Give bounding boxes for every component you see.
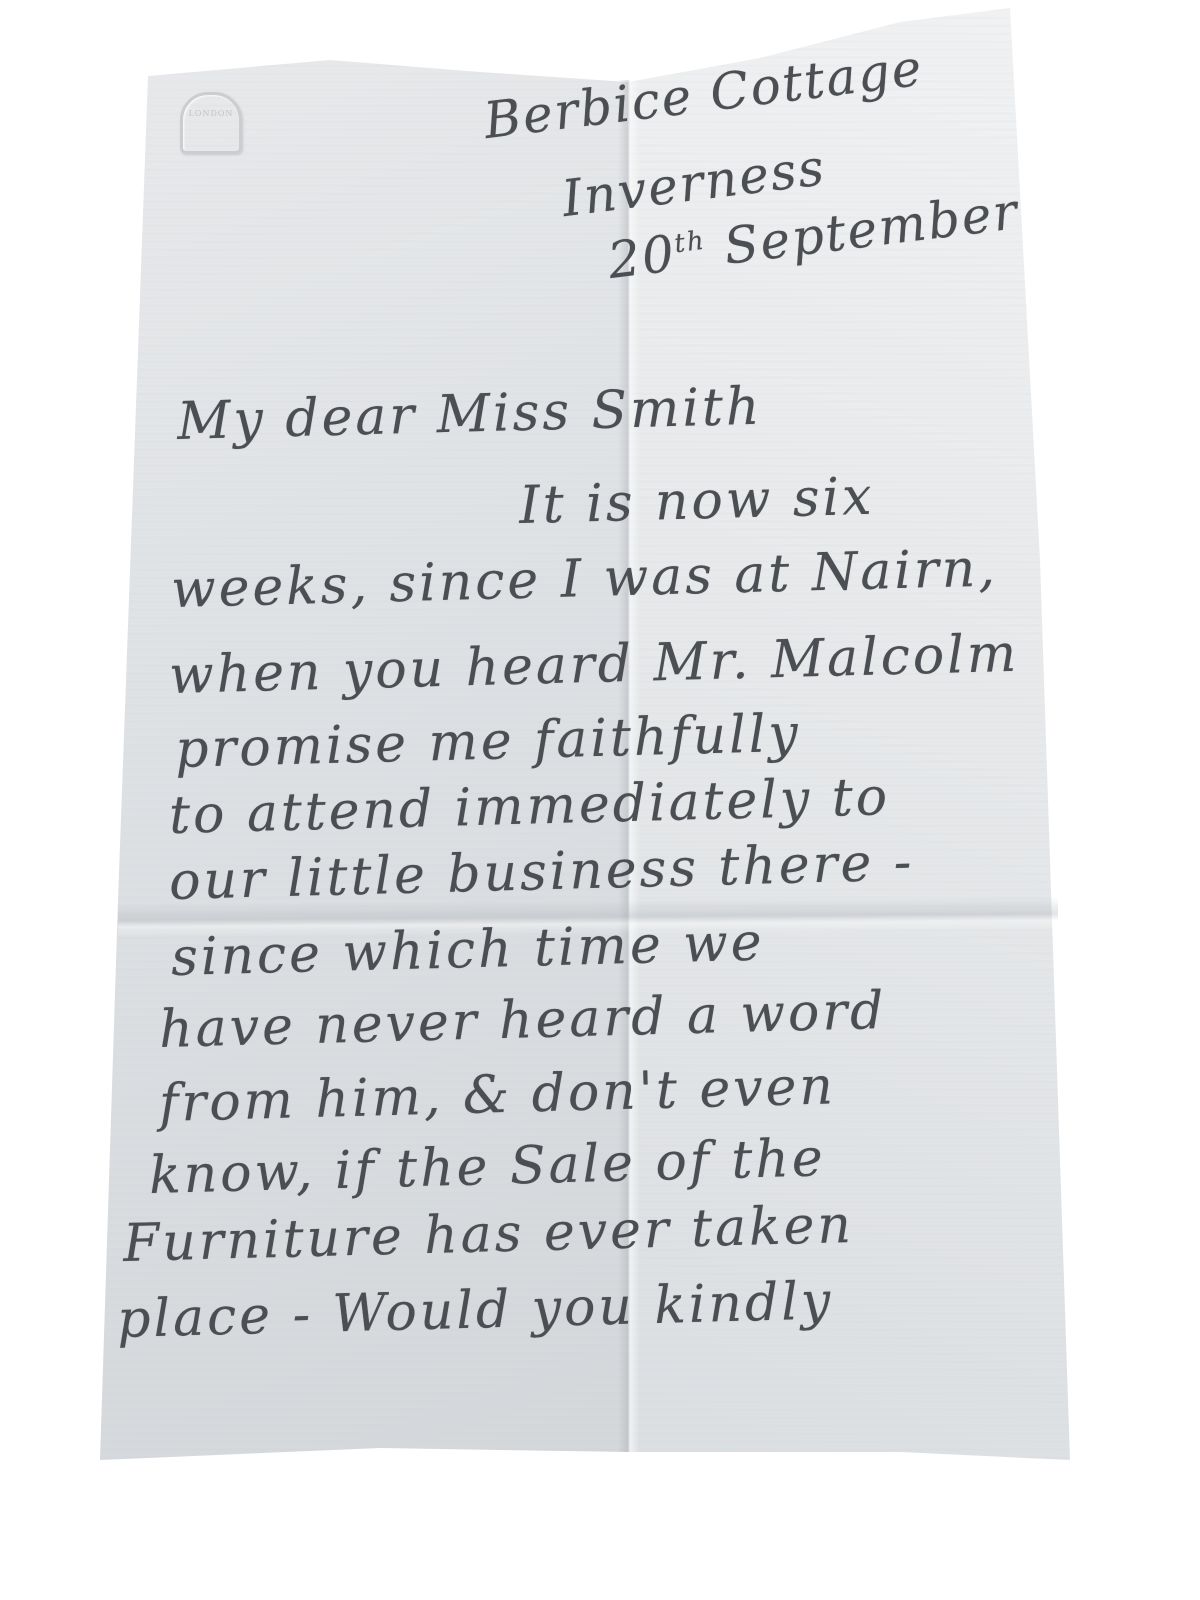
- embossed-crest-icon: LONDON: [180, 92, 242, 154]
- embossed-stamp-text: LONDON: [189, 109, 234, 118]
- date-suffix: th: [673, 226, 708, 260]
- body-line-1: It is now six: [518, 467, 875, 536]
- photo-stage: LONDON Berbice Cottage Inverness 20th Se…: [0, 0, 1200, 1600]
- letter-sheet: LONDON Berbice Cottage Inverness 20th Se…: [0, 0, 1200, 1600]
- date-day: 20: [605, 224, 679, 290]
